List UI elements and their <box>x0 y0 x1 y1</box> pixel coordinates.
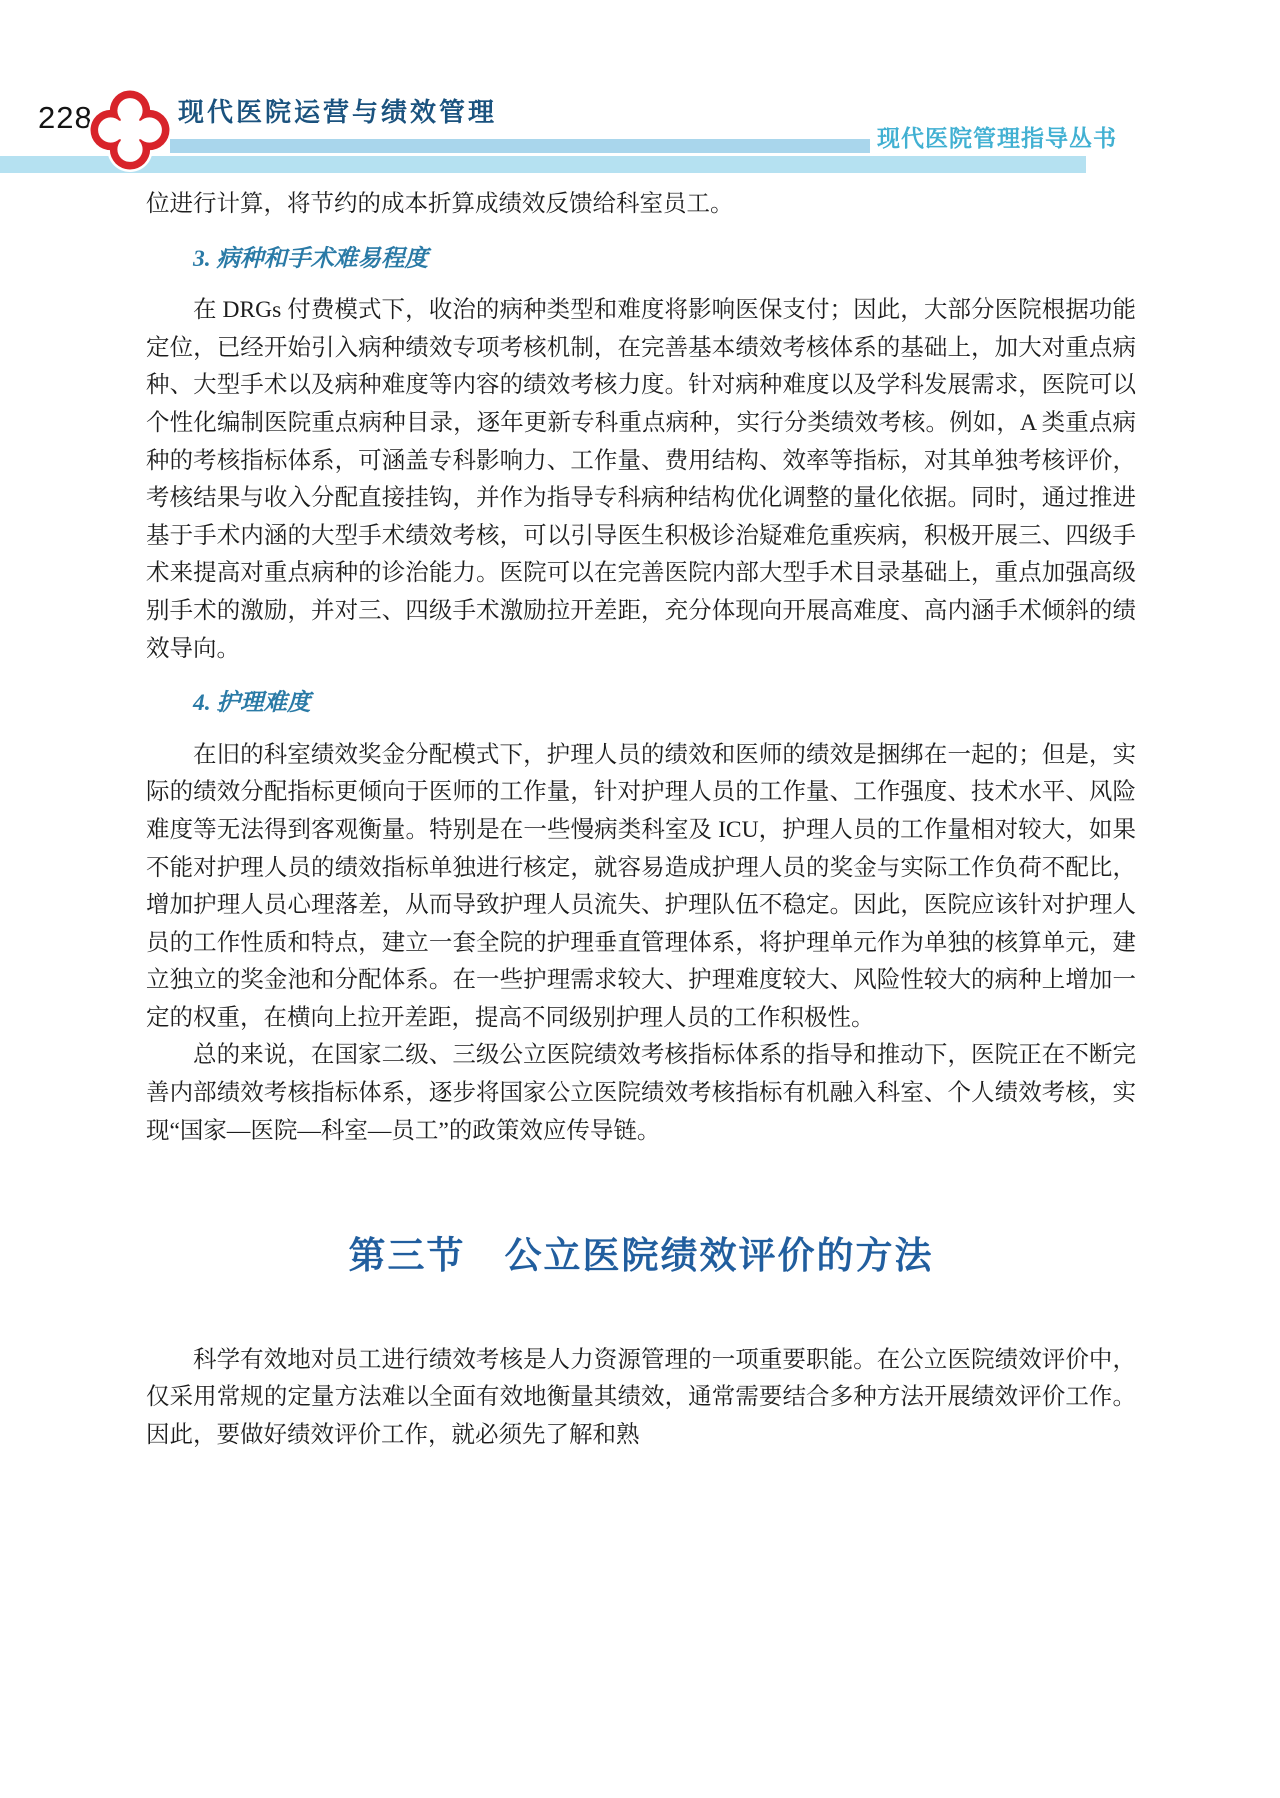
paragraph-continuation: 位进行计算，将节约的成本折算成绩效反馈给科室员工。 <box>146 186 1136 224</box>
page-content: 位进行计算，将节约的成本折算成绩效反馈给科室员工。 3. 病种和手术难易程度 在… <box>146 186 1136 1455</box>
subheading-disease-surgery-difficulty: 3. 病种和手术难易程度 <box>146 241 1136 279</box>
paragraph-nursing-difficulty: 在旧的科室绩效奖金分配模式下，护理人员的绩效和医师的绩效是捆绑在一起的；但是，实… <box>146 737 1136 1038</box>
hospital-quatrefoil-logo-icon <box>88 84 172 176</box>
header-thin-bar <box>170 139 870 153</box>
book-title: 现代医院运营与绩效管理 <box>178 92 497 129</box>
series-title: 现代医院管理指导丛书 <box>877 120 1117 153</box>
paragraph-summary: 总的来说，在国家二级、三级公立医院绩效考核指标体系的指导和推动下，医院正在不断完… <box>146 1037 1136 1150</box>
paragraph-disease-surgery-difficulty: 在 DRGs 付费模式下，收治的病种类型和难度将影响医保支付；因此，大部分医院根… <box>146 292 1136 668</box>
page-number: 228 <box>38 100 93 136</box>
section-title: 第三节 公立医院绩效评价的方法 <box>146 1238 1136 1276</box>
subheading-nursing-difficulty: 4. 护理难度 <box>146 685 1136 723</box>
book-page: 228 现代医院运营与绩效管理 现代医院管理指导丛书 <box>0 0 1280 1798</box>
paragraph-section-intro: 科学有效地对员工进行绩效考核是人力资源管理的一项重要职能。在公立医院绩效评价中，… <box>146 1342 1136 1455</box>
